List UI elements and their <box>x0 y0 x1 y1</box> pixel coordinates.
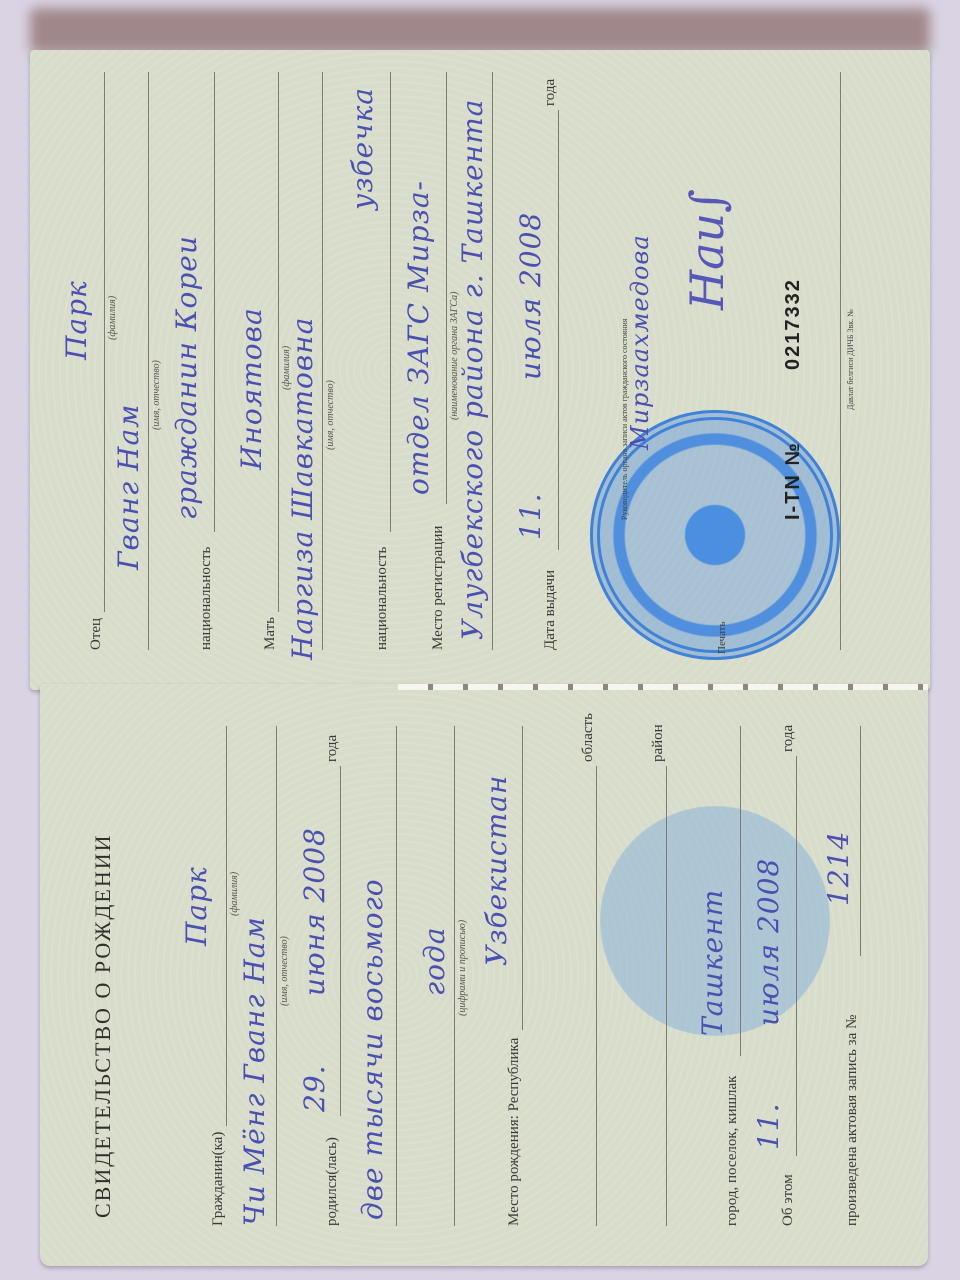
seal-label: Печать <box>716 621 728 654</box>
record-date-line <box>796 756 797 1156</box>
born-words-1: две тысячи восьмого <box>356 878 389 1220</box>
issue-day: 11. <box>514 492 547 540</box>
district-line <box>666 766 667 1226</box>
serial-number: 0217332 <box>782 278 805 370</box>
footer-line <box>840 72 841 650</box>
born-year-suffix: года <box>324 735 341 762</box>
record-label: Об этом <box>780 1174 797 1226</box>
issue-date-label: Дата выдачи <box>542 570 559 650</box>
given-name-hint: (имя, отчество) <box>279 936 290 1006</box>
words-hint: (цифрами и прописью) <box>457 920 468 1016</box>
mother-nationality: узбечка <box>346 87 379 210</box>
father-nationality: гражданин Кореи <box>170 235 203 520</box>
registrar-name: Мирзаахмедова <box>626 234 654 450</box>
registration-office-1: отдел ЗАГС Мирза- <box>402 180 435 495</box>
record-month-year: июля 2008 <box>752 858 785 1026</box>
right-page-content: Отец Парк (фамилия) Гванг Нам (имя, отче… <box>30 50 930 690</box>
father-name-line <box>148 72 149 650</box>
child-given-name: Чи Мёнг Гванг Нам <box>238 916 271 1226</box>
born-month-year: июня 2008 <box>298 827 331 996</box>
father-name-hint: (имя, отчество) <box>151 360 162 430</box>
registration-label: Место регистрации <box>430 526 447 650</box>
registration-line-1 <box>446 72 447 504</box>
born-words-line-2 <box>454 726 455 1226</box>
series-label: I-TN № <box>782 441 805 520</box>
region-line <box>596 766 597 1226</box>
district-label: район <box>650 724 667 762</box>
issue-month-year: июля 2008 <box>514 212 547 380</box>
record-day: 11. <box>752 1102 785 1150</box>
city-label: город, поселок, кишлак <box>724 1076 741 1226</box>
born-words-2: года <box>418 927 451 996</box>
document-title: СВИДЕТЕЛЬСТВО О РОЖДЕНИИ <box>90 834 116 1219</box>
printer-note: Давлат белгиси ДИЧБ 3вк. № <box>846 309 855 410</box>
mother-name-line <box>322 72 323 650</box>
registration-office-2: Улугбекского района г. Ташкента <box>456 99 489 640</box>
mother-name: Наргиза Шавкатовна <box>286 317 319 660</box>
republic-line <box>522 726 523 1030</box>
mother-nationality-label: национальность <box>374 547 391 650</box>
mother-label: Мать <box>262 617 279 650</box>
city-line <box>740 726 741 1056</box>
birth-certificate-booklet: Отец Парк (фамилия) Гванг Нам (имя, отче… <box>18 44 930 1270</box>
born-label: родился(лась) <box>324 1137 341 1226</box>
issue-year-suffix: года <box>542 79 559 106</box>
father-surname-line <box>104 72 105 612</box>
issue-date-line <box>558 110 559 550</box>
citizen-label: Гражданин(ка) <box>210 1132 227 1226</box>
surname-hint: (фамилия) <box>229 872 240 916</box>
registration-line-2 <box>492 72 493 650</box>
record-year-suffix: года <box>780 725 797 752</box>
republic: Узбекистан <box>480 775 513 966</box>
left-page-content: СВИДЕТЕЛЬСТВО О РОЖДЕНИИ Гражданин(ка) П… <box>40 684 928 1266</box>
birthplace-label: Место рождения: Республика <box>506 1038 523 1226</box>
born-date-line <box>340 766 341 1116</box>
act-record-label: произведена актовая запись за № <box>844 1015 861 1226</box>
born-day: 29. <box>298 1064 331 1112</box>
father-surname-hint: (фамилия) <box>107 296 118 340</box>
father-nationality-label: национальность <box>198 547 215 650</box>
born-words-line-1 <box>396 726 397 1226</box>
mother-name-hint: (имя, отчество) <box>325 380 336 450</box>
act-number-line <box>860 726 861 956</box>
act-number: 1214 <box>822 831 855 906</box>
father-nationality-line <box>214 72 215 532</box>
mother-nationality-line <box>390 72 391 532</box>
father-name: Гванг Нам <box>112 404 145 570</box>
surname-line <box>226 726 227 1126</box>
father-surname: Парк <box>60 280 93 360</box>
registrar-signature: Наи∫ <box>680 189 734 310</box>
mother-surname: Иноятова <box>235 307 268 470</box>
region-label: область <box>580 713 597 762</box>
child-surname: Парк <box>180 866 213 946</box>
mother-surname-line <box>278 72 279 612</box>
father-label: Отец <box>88 618 105 650</box>
city: Ташкент <box>696 889 729 1036</box>
given-name-line <box>276 726 277 1226</box>
